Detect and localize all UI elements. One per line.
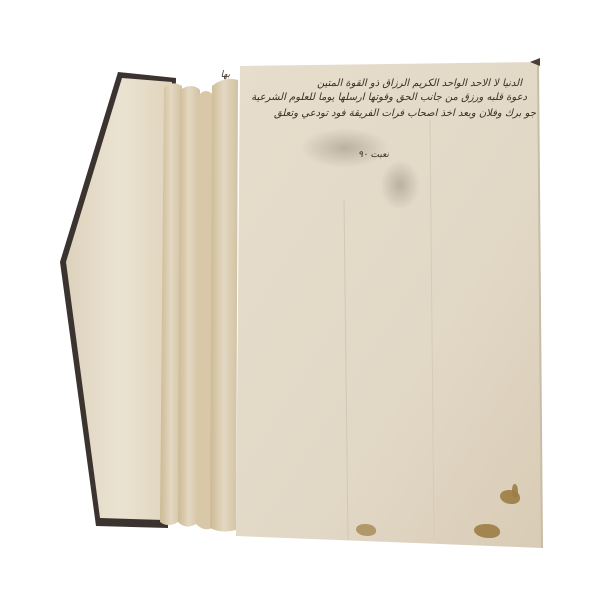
main-page [236,62,542,548]
inscription-line: دعوة قلبه ورزق من جانب الحق وقوتها ارسله… [252,92,527,103]
stain [356,524,376,536]
stain [512,484,518,498]
book-illustration [0,0,600,600]
inscription-line: نعبت ٩٠ [358,150,389,160]
stain [474,524,500,538]
flap-paper [66,78,172,520]
ink-smudge [380,160,420,210]
inscription-line: الدنيا لا الاحد الواحد الكريم الرزاق ذو … [262,78,522,89]
inscription-line: جو برك وفلان وبعد اخذ اصحاب فرات الفريقة… [246,108,536,119]
ink-smudge [300,128,390,168]
manuscript-photo: بها الدنيا لا الاحد الواحد الكريم الرزاق… [0,0,600,600]
inscription-line: بها [221,70,230,80]
